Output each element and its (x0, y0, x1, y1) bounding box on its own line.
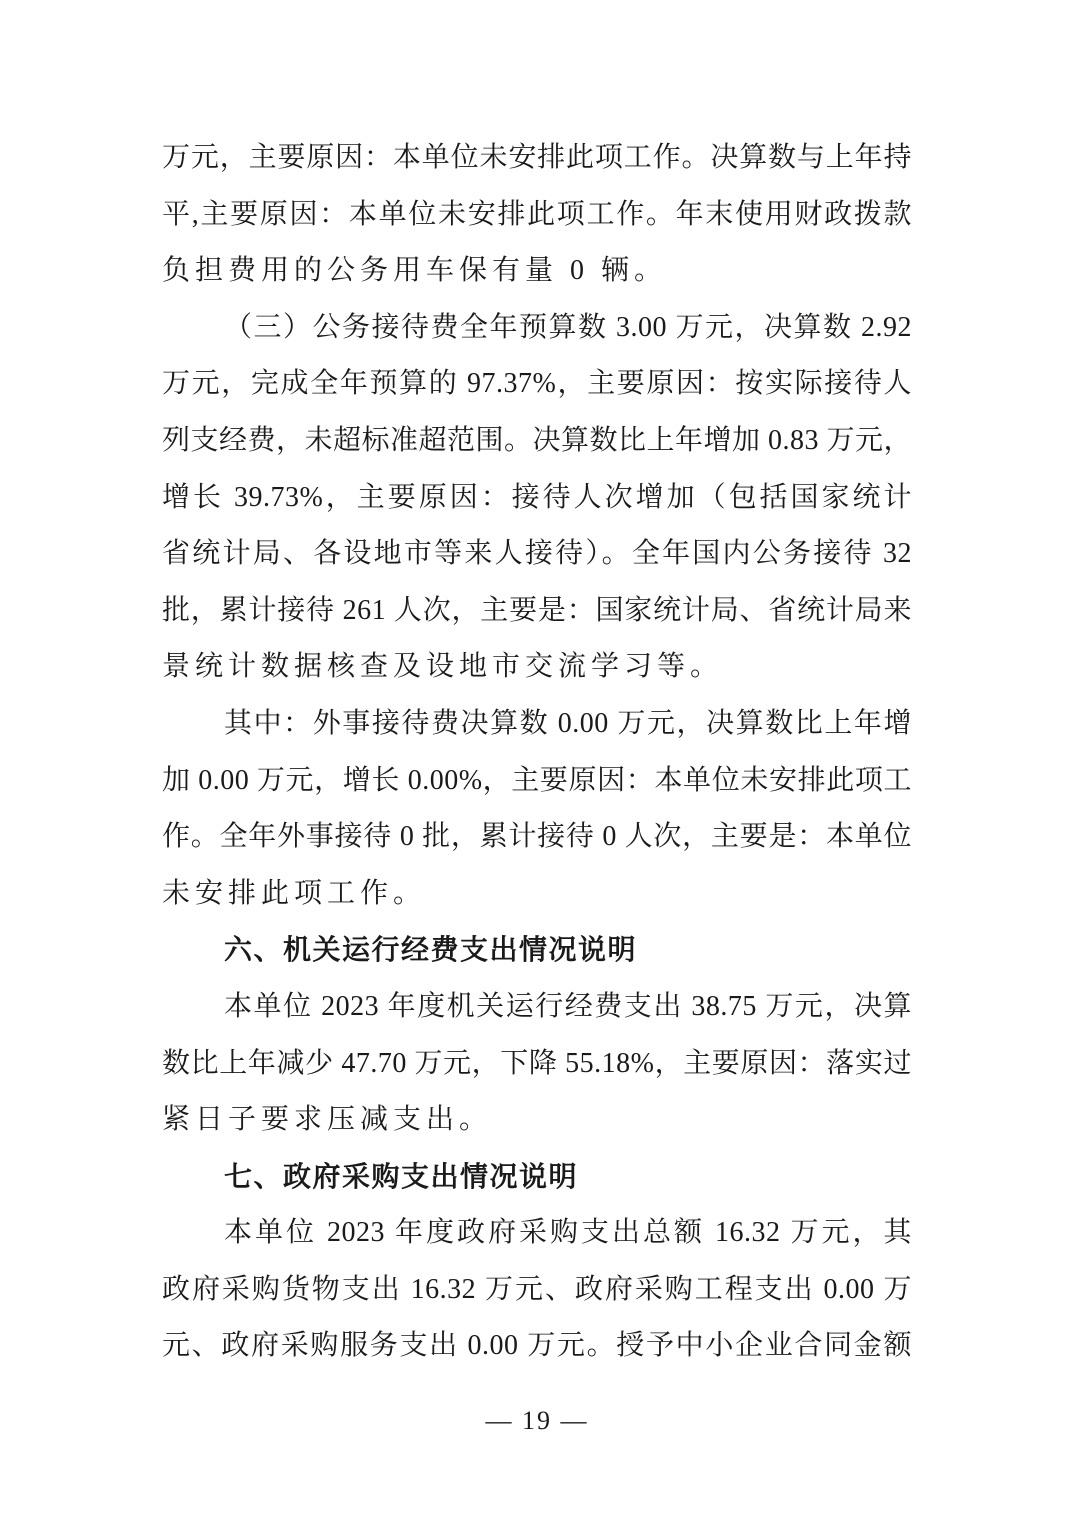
doc-line: 平,主要原因：本单位未安排此项工作。年末使用财政拨款 (162, 187, 912, 244)
doc-line: 景统计数据核查及设地市交流学习等。 (162, 639, 912, 696)
heading-section-7: 七、政府采购支出情况说明 (162, 1149, 912, 1206)
doc-line: 其中：外事接待费决算数 0.00 万元，决算数比上年增 (162, 696, 912, 753)
doc-line: 本单位 2023 年度机关运行经费支出 38.75 万元，决算 (162, 979, 912, 1036)
heading-section-6: 六、机关运行经费支出情况说明 (162, 922, 912, 979)
doc-line: 负担费用的公务用车保有量 0 辆。 (162, 243, 912, 300)
doc-line: （三）公务接待费全年预算数 3.00 万元，决算数 2.92 (162, 300, 912, 357)
doc-line: 本单位 2023 年度政府采购支出总额 16.32 万元，其中： (162, 1205, 912, 1262)
doc-line: 政府采购货物支出 16.32 万元、政府采购工程支出 0.00 万 (162, 1262, 912, 1319)
doc-line: 元、政府采购服务支出 0.00 万元。授予中小企业合同金额 (162, 1318, 912, 1375)
page-number: — 19 — (0, 1406, 1074, 1436)
doc-line: 未安排此项工作。 (162, 866, 912, 923)
doc-line: 万元，主要原因：本单位未安排此项工作。决算数与上年持 (162, 130, 912, 187)
doc-line: 万元，完成全年预算的 97.37%，主要原因：按实际接待人次 (162, 356, 912, 413)
document-body: 万元，主要原因：本单位未安排此项工作。决算数与上年持 平,主要原因：本单位未安排… (162, 130, 912, 1375)
doc-line: 省统计局、各设地市等来人接待）。全年国内公务接待 32 (162, 526, 912, 583)
doc-line: 紧日子要求压减支出。 (162, 1092, 912, 1149)
document-page: 万元，主要原因：本单位未安排此项工作。决算数与上年持 平,主要原因：本单位未安排… (0, 0, 1074, 1520)
doc-line: 数比上年减少 47.70 万元，下降 55.18%，主要原因：落实过 (162, 1036, 912, 1093)
doc-line: 列支经费，未超标准超范围。决算数比上年增加 0.83 万元， (162, 413, 912, 470)
doc-line: 批，累计接待 261 人次，主要是：国家统计局、省统计局来 (162, 583, 912, 640)
doc-line: 作。全年外事接待 0 批，累计接待 0 人次，主要是：本单位 (162, 809, 912, 866)
doc-line: 加 0.00 万元，增长 0.00%，主要原因：本单位未安排此项工 (162, 753, 912, 810)
doc-line: 增长 39.73%，主要原因：接待人次增加（包括国家统计局、 (162, 470, 912, 527)
